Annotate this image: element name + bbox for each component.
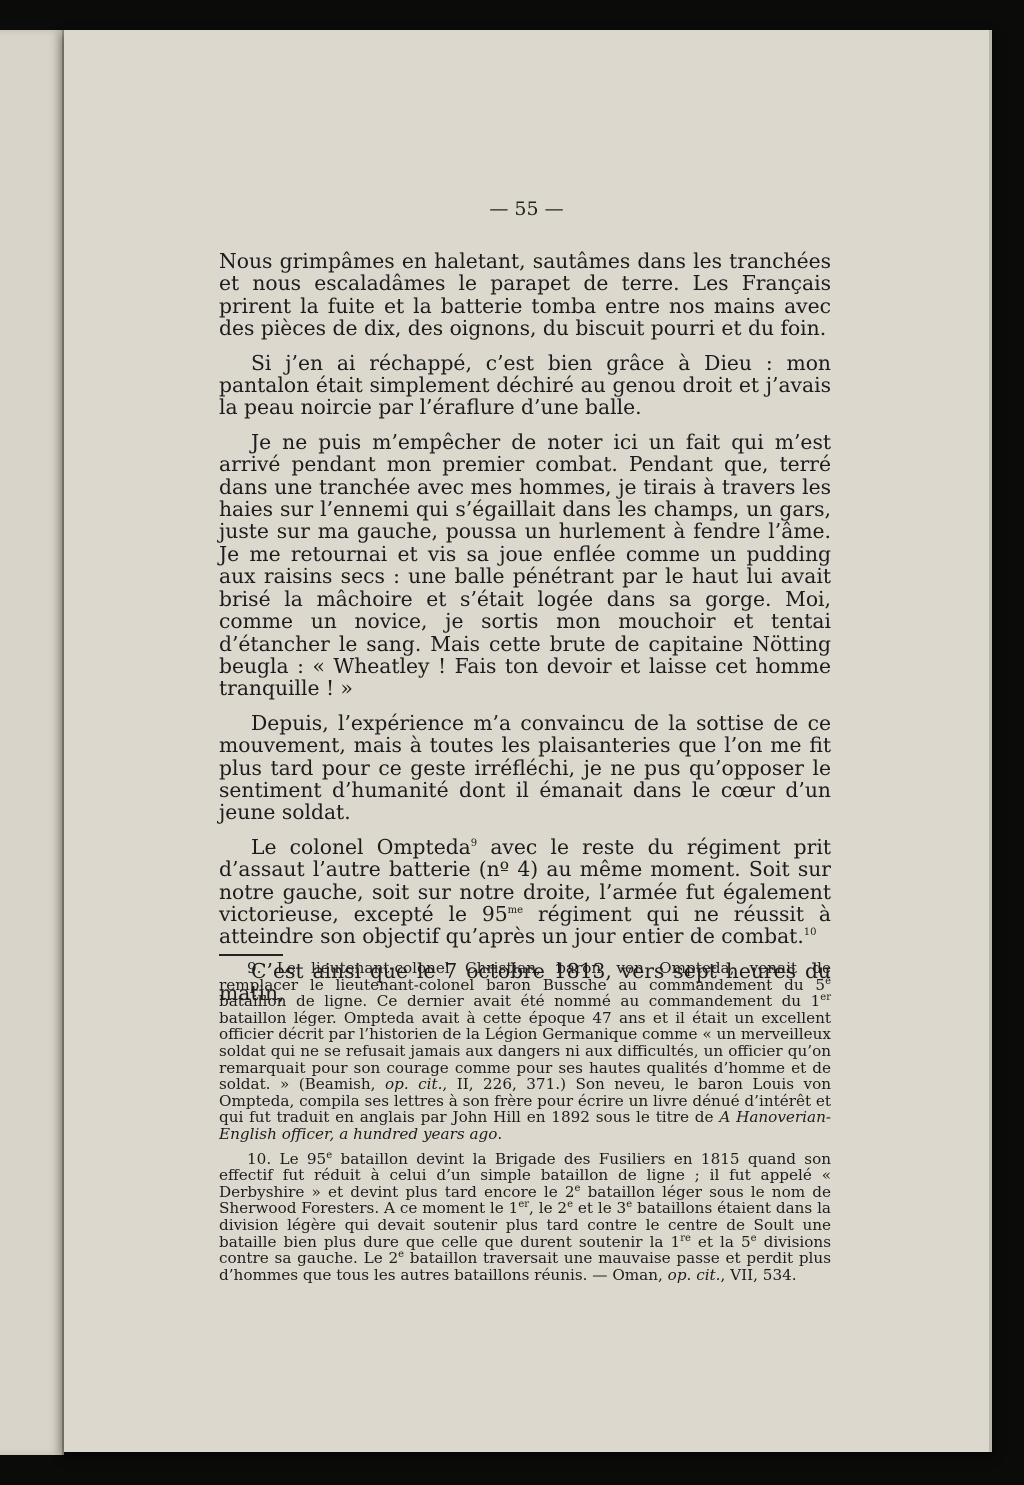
text-span: bataillon de ligne. Ce dernier avait été… (219, 992, 820, 1010)
ordinal-suffix: e (825, 976, 831, 987)
text-span: 10. Le 95 (247, 1150, 326, 1168)
paragraph: Si j’en ai réchappé, c’est bien grâce à … (219, 352, 831, 419)
footnotes: 9. Le lieutenant-colonel Christian, baro… (219, 960, 831, 1291)
paragraph: Nous grimpâmes en haletant, sautâmes dan… (219, 250, 831, 340)
text-span: . (497, 1125, 502, 1143)
ordinal-suffix: er (820, 992, 831, 1003)
text-span: , VII, 534. (721, 1266, 797, 1284)
book-page: — 55 — Nous grimpâmes en haletant, sautâ… (64, 30, 992, 1452)
body-text: Nous grimpâmes en haletant, sautâmes dan… (219, 250, 831, 1017)
facing-page-edge (0, 30, 64, 1455)
paragraph: Depuis, l’expérience m’a convaincu de la… (219, 712, 831, 824)
ordinal-suffix: me (508, 905, 523, 916)
footnote-ref-10[interactable]: 10 (804, 928, 817, 939)
citation-italic: op. cit. (668, 1266, 721, 1284)
ordinal-suffix: er (518, 1199, 529, 1210)
text-span: , le 2 (529, 1199, 567, 1217)
text-span: Le colonel Ompteda (251, 835, 471, 859)
paragraph: Je ne puis m’empêcher de noter ici un fa… (219, 431, 831, 700)
footnote-9: 9. Le lieutenant-colonel Christian, baro… (219, 960, 831, 1143)
page-number: — 55 — (64, 198, 989, 220)
text-span: et le 3 (573, 1199, 626, 1217)
footnote-10: 10. Le 95e bataillon devint la Brigade d… (219, 1151, 831, 1284)
citation-italic: op. cit. (385, 1075, 442, 1093)
ordinal-suffix: re (680, 1232, 691, 1243)
text-span: 9. Le lieutenant-colonel Christian, baro… (219, 959, 831, 994)
footnote-separator (219, 954, 283, 956)
paragraph: Le colonel Ompteda9 avec le reste du rég… (219, 836, 831, 948)
text-span: et la 5 (691, 1233, 751, 1251)
